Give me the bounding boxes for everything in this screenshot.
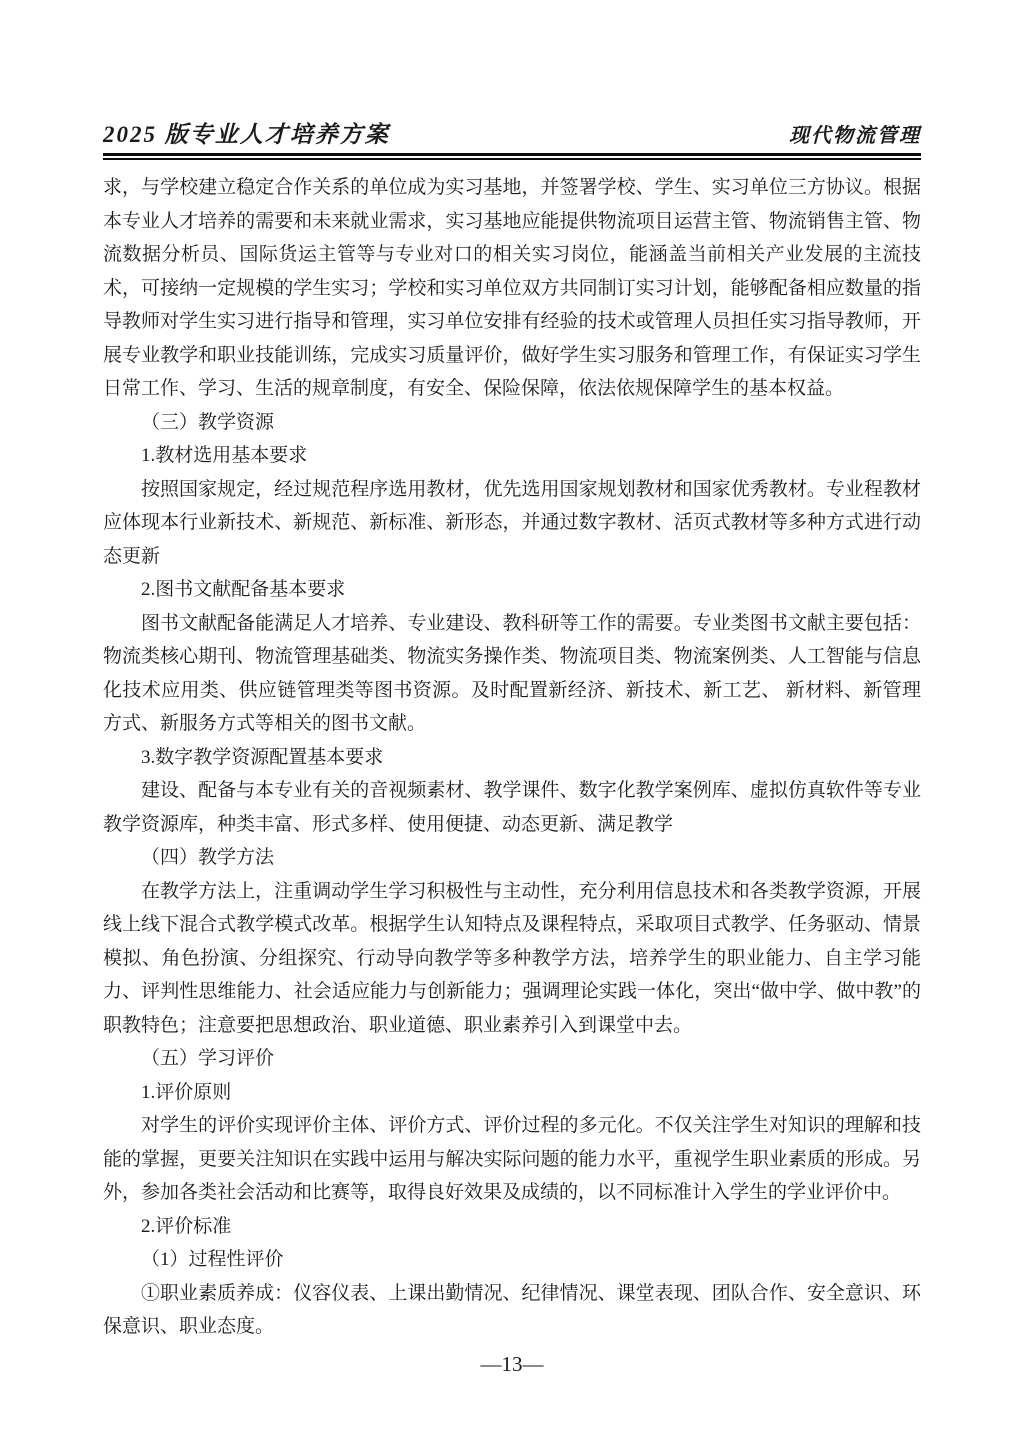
section-heading: 2.图书文献配备基本要求 xyxy=(103,573,921,607)
section-heading: （三）教学资源 xyxy=(103,406,921,440)
section-heading: （1）过程性评价 xyxy=(103,1243,921,1277)
section-heading: 1.评价原则 xyxy=(103,1076,921,1110)
header-title-right: 现代物流管理 xyxy=(789,119,921,148)
paragraph: 建设、配备与本专业有关的音视频素材、教学课件、数字化教学案例库、虚拟仿真软件等专… xyxy=(103,774,921,841)
header-title-left: 2025 版专业人才培养方案 xyxy=(103,116,390,149)
page-number: —13— xyxy=(481,1352,544,1376)
page-footer: —13— xyxy=(0,1352,1024,1377)
paragraph: 在教学方法上，注重调动学生学习积极性与主动性，充分利用信息技术和各类教学资源，开… xyxy=(103,875,921,1043)
section-heading: （四）教学方法 xyxy=(103,841,921,875)
section-heading: 2.评价标准 xyxy=(103,1210,921,1244)
section-heading: 3.数字教学资源配置基本要求 xyxy=(103,741,921,775)
section-heading: （五）学习评价 xyxy=(103,1042,921,1076)
document-body: 求，与学校建立稳定合作关系的单位成为实习基地，并签署学校、学生、实习单位三方协议… xyxy=(103,171,921,1344)
running-header: 2025 版专业人才培养方案 现代物流管理 xyxy=(103,116,921,149)
document-page: 2025 版专业人才培养方案 现代物流管理 求，与学校建立稳定合作关系的单位成为… xyxy=(0,0,1024,1448)
paragraph: 对学生的评价实现评价主体、评价方式、评价过程的多元化。不仅关注学生对知识的理解和… xyxy=(103,1109,921,1210)
paragraph: 按照国家规定，经过规范程序选用教材，优先选用国家规划教材和国家优秀教材。专业程教… xyxy=(103,473,921,574)
paragraph: ①职业素质养成：仪容仪表、上课出勤情况、纪律情况、课堂表现、团队合作、安全意识、… xyxy=(103,1277,921,1344)
paragraph: 求，与学校建立稳定合作关系的单位成为实习基地，并签署学校、学生、实习单位三方协议… xyxy=(103,171,921,406)
header-double-rule xyxy=(103,153,921,160)
section-heading: 1.教材选用基本要求 xyxy=(103,439,921,473)
page-header: 2025 版专业人才培养方案 现代物流管理 xyxy=(103,116,921,160)
paragraph: 图书文献配备能满足人才培养、专业建设、教科研等工作的需要。专业类图书文献主要包括… xyxy=(103,607,921,741)
